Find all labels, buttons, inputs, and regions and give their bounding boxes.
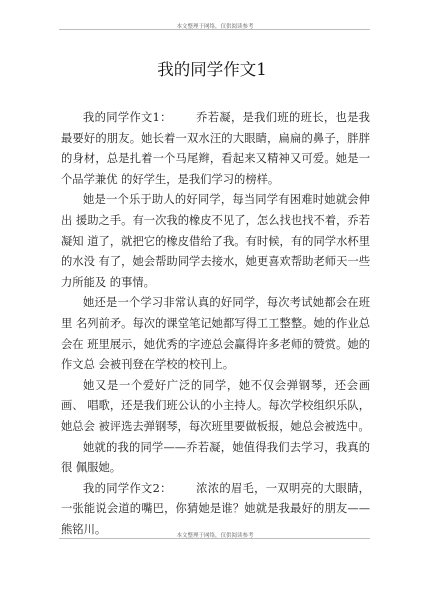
paragraph-4: 她又是一个爱好广泛的同学，她不仅会弹钢琴，还会画画、 唱歌，还是我们班公认的小主… <box>61 376 370 438</box>
paragraph-2: 她是一个乐于助人的好同学，每当同学有困难时她就会伸出 援助之手。有一次我的橡皮不… <box>61 190 370 293</box>
document-title: 我的同学作文1 <box>0 56 424 80</box>
header-divider <box>59 29 370 30</box>
document-body: 我的同学作文1：乔若凝，是我们班的班长，也是我最要好的朋友。她长着一双水汪的大眼… <box>61 108 370 540</box>
paragraph-1: 我的同学作文1：乔若凝，是我们班的班长，也是我最要好的朋友。她长着一双水汪的大眼… <box>61 108 370 190</box>
paragraph-3: 她还是一个学习非常认真的好同学，每次考试她都会在班里 名列前矛。每次的课堂笔记她… <box>61 293 370 375</box>
essay-lead-1: 我的同学作文1： <box>83 111 172 124</box>
footer-divider <box>59 538 370 539</box>
paragraph-5: 她就的我的同学——乔若凝，她值得我们去学习，我真的很 佩服她。 <box>61 438 370 479</box>
essay-lead-2: 我的同学作文2： <box>83 482 172 495</box>
